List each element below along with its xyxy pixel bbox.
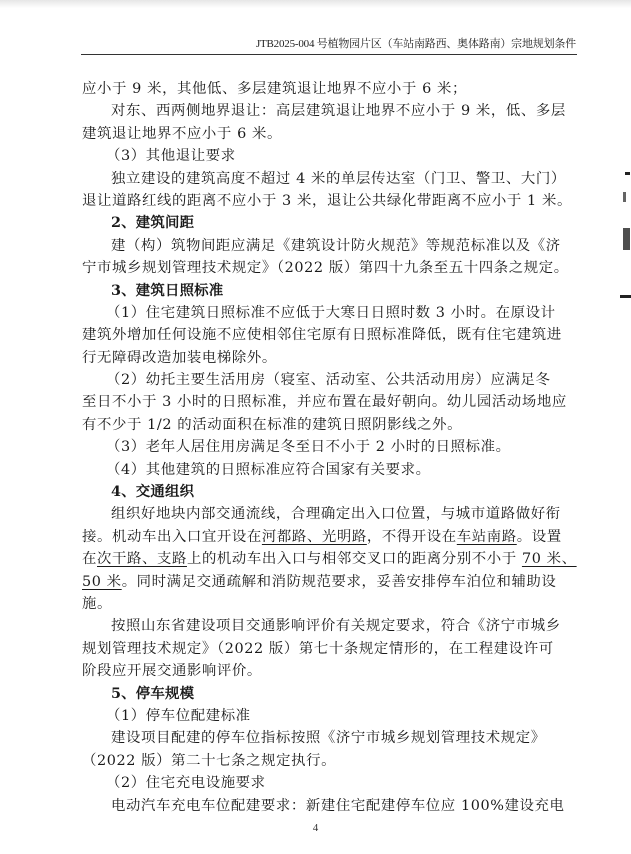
text-line: 施。 bbox=[82, 593, 576, 615]
text-line: 阶段应开展交通影响评价。 bbox=[82, 660, 576, 682]
text-line: 按照山东省建设项目交通影响评价有关规定要求，符合《济宁市城乡 bbox=[82, 615, 576, 637]
text-line: 建筑退让地界不应小于 6 米。 bbox=[82, 123, 576, 145]
text-span: ，不得开设在 bbox=[367, 529, 457, 545]
page-number: 4 bbox=[0, 822, 631, 834]
scan-artifact-mark bbox=[620, 295, 631, 298]
text-line: 独立建设的建筑高度不超过 4 米的单层传达室（门卫、警卫、大门） bbox=[82, 168, 576, 190]
text-line: 宁市城乡规划管理技术规定》（2022 版）第四十九条至五十四条之规定。 bbox=[82, 257, 576, 279]
page-header: JTB2025-004 号植物园片区（车站南路西、奥体路南）宗地规划条件 bbox=[82, 35, 576, 51]
underlined-road-types: 次干路、支路 bbox=[97, 551, 187, 567]
text-span: 。设置 bbox=[517, 529, 562, 545]
scan-artifact-mark bbox=[623, 228, 630, 250]
text-line: （3）老年人居住用房满足冬至日不小于 2 小时的日照标准。 bbox=[82, 436, 576, 458]
subsection-heading: （2）住宅充电设施要求 bbox=[82, 772, 576, 794]
text-line: 退让道路红线的距离不应小于 3 米，退让公共绿化带距离不应小于 1 米。 bbox=[82, 190, 576, 212]
text-line: 应小于 9 米，其他低、多层建筑退让地界不应小于 6 米； bbox=[82, 78, 576, 100]
text-line: 建筑外增加任何设施不应使相邻住宅原有日照标准降低，既有住宅建筑进 bbox=[82, 324, 576, 346]
subsection-heading: （3）其他退让要求 bbox=[82, 145, 576, 167]
text-span: 。同时满足交通疏解和消防规范要求，妥善安排停车泊位和辅助设 bbox=[122, 574, 557, 590]
subsection-heading: （1）停车位配建标准 bbox=[82, 705, 576, 727]
text-line: 至日不小于 3 小时的日照标准，并应布置在最好朝向。幼儿园活动场地应 bbox=[82, 391, 576, 413]
scan-top-shade bbox=[0, 0, 631, 8]
text-line: （4）其他建筑的日照标准应符合国家有关要求。 bbox=[82, 459, 576, 481]
underlined-distance: 50 米 bbox=[82, 574, 122, 590]
document-body: 应小于 9 米，其他低、多层建筑退让地界不应小于 6 米； 对东、西两侧地界退让… bbox=[82, 78, 576, 817]
text-line: 建设项目配建的停车位指标按照《济宁市城乡规划管理技术规定》 bbox=[82, 727, 576, 749]
text-span: 上的机动车出入口与相邻交叉口的距离分别不小于 bbox=[187, 551, 522, 567]
text-line: 有不少于 1/2 的活动面积在标准的建筑日照阴影线之外。 bbox=[82, 414, 576, 436]
section-heading: 3、建筑日照标准 bbox=[82, 280, 576, 302]
text-line: 规划管理技术规定》（2022 版）第七十条规定情形的，在工程建设许可 bbox=[82, 638, 576, 660]
header-divider bbox=[81, 54, 577, 55]
text-span: 在 bbox=[82, 551, 97, 567]
text-line: （2）幼托主要生活用房（寝室、活动室、公共活动用房）应满足冬 bbox=[82, 369, 576, 391]
text-span: 接。机动车出入口宜开设在 bbox=[82, 529, 262, 545]
text-line: 50 米。同时满足交通疏解和消防规范要求，妥善安排停车泊位和辅助设 bbox=[82, 571, 576, 593]
underlined-distance: 70 米、 bbox=[522, 551, 577, 567]
text-line: 建（构）筑物间距应满足《建筑设计防火规范》等规范标准以及《济 bbox=[82, 235, 576, 257]
text-line: （1）住宅建筑日照标准不应低于大寒日日照时数 3 小时。在原设计 bbox=[82, 302, 576, 324]
text-line: 电动汽车充电车位配建要求：新建住宅配建停车位应 100%建设充电 bbox=[82, 795, 576, 817]
text-line: （2022 版）第二十七条之规定执行。 bbox=[82, 750, 576, 772]
text-line: 组织好地块内部交通流线，合理确定出入口位置，与城市道路做好衔 bbox=[82, 503, 576, 525]
text-line: 接。机动车出入口宜开设在河都路、光明路，不得开设在车站南路。设置 bbox=[82, 526, 576, 548]
section-heading: 5、停车规模 bbox=[82, 683, 576, 705]
scan-artifact-mark bbox=[623, 192, 626, 202]
scan-artifact-mark bbox=[625, 172, 630, 175]
section-heading: 4、交通组织 bbox=[82, 481, 576, 503]
text-line: 对东、西两侧地界退让：高层建筑退让地界不应小于 9 米，低、多层 bbox=[82, 100, 576, 122]
underlined-road-name: 车站南路 bbox=[457, 529, 517, 545]
underlined-road-names: 河都路、光明路 bbox=[262, 529, 367, 545]
text-line: 在次干路、支路上的机动车出入口与相邻交叉口的距离分别不小于 70 米、 bbox=[82, 548, 576, 570]
section-heading: 2、建筑间距 bbox=[82, 212, 576, 234]
text-line: 行无障碍改造加装电梯除外。 bbox=[82, 347, 576, 369]
